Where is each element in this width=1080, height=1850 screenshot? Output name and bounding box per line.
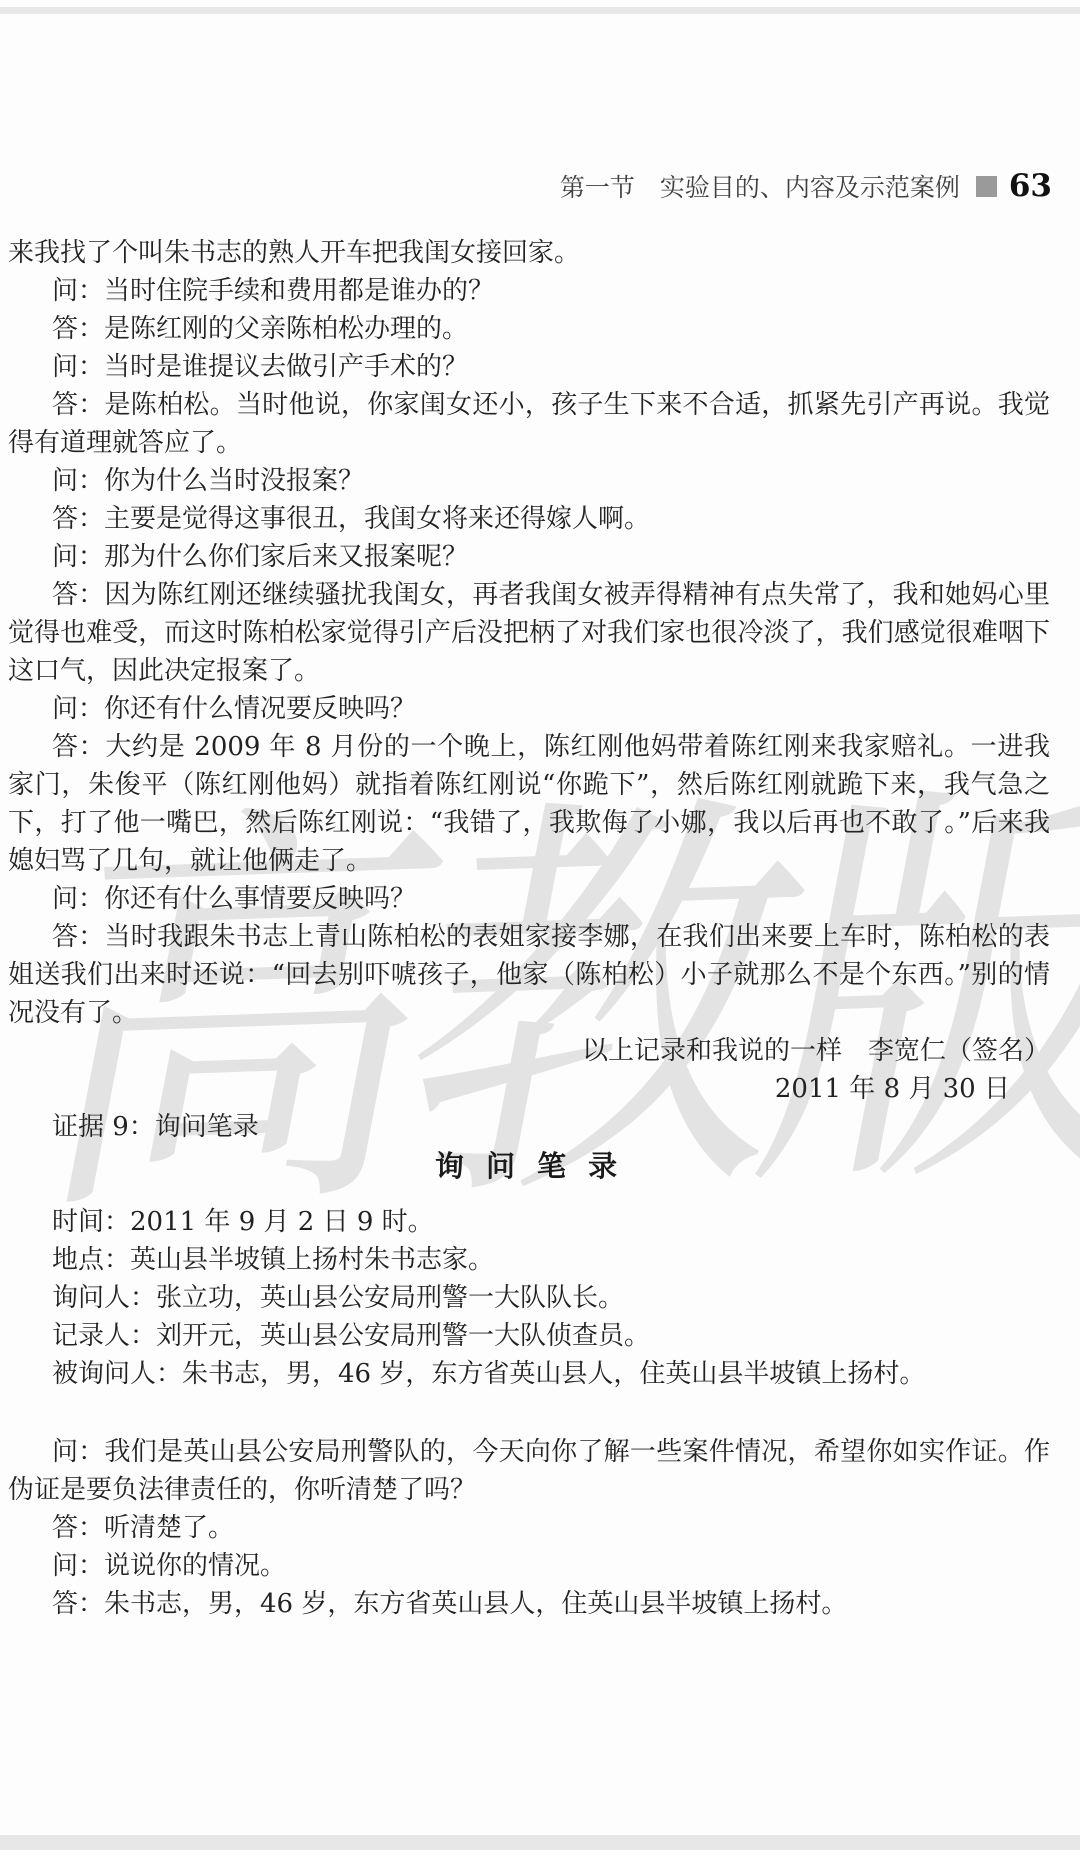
meta-line-time: 时间：2011 年 9 月 2 日 9 时。: [8, 1203, 1050, 1241]
record-meta: 时间：2011 年 9 月 2 日 9 时。 地点：英山县半坡镇上扬村朱书志家。…: [8, 1203, 1050, 1393]
qa-paragraph: 答：听清楚了。: [8, 1509, 1050, 1547]
record-body: 来我找了个叫朱书志的熟人开车把我闺女接回家。 问：当时住院手续和费用都是谁办的？…: [8, 234, 1050, 1623]
qa-paragraph: 问：你还有什么情况要反映吗？: [8, 690, 1050, 728]
meta-line-interviewee: 被询问人：朱书志，男，46 岁，东方省英山县人，住英山县半坡镇上扬村。: [8, 1355, 1050, 1393]
scan-edge-top: [0, 7, 1080, 14]
section-title: 第一节 实验目的、内容及示范案例: [560, 168, 960, 204]
qa-paragraph: 问：你为什么当时没报案？: [8, 462, 1050, 500]
evidence-label: 证据 9：询问笔录: [8, 1108, 1050, 1146]
signature-line: 以上记录和我说的一样 李宽仁（签名）: [8, 1032, 1050, 1070]
qa-paragraph: 答：朱书志，男，46 岁，东方省英山县人，住英山县半坡镇上扬村。: [8, 1585, 1050, 1623]
meta-line-recorder: 记录人：刘开元，英山县公安局刑警一大队侦查员。: [8, 1317, 1050, 1355]
meta-line-interrogator: 询问人：张立功，英山县公安局刑警一大队队长。: [8, 1279, 1050, 1317]
meta-line-place: 地点：英山县半坡镇上扬村朱书志家。: [8, 1241, 1050, 1279]
record-title: 询 问 笔 录: [8, 1146, 1050, 1186]
qa-paragraph: 问：当时是谁提议去做引产手术的？: [8, 348, 1050, 386]
qa-paragraph: 问：说说你的情况。: [8, 1547, 1050, 1585]
page-number-square: [976, 176, 997, 197]
qa-paragraph: 答：大约是 2009 年 8 月份的一个晚上，陈红刚他妈带着陈红刚来我家赔礼。一…: [8, 728, 1050, 880]
qa-paragraph: 答：是陈柏松。当时他说，你家闺女还小，孩子生下来不合适，抓紧先引产再说。我觉得有…: [8, 386, 1050, 462]
qa-paragraph: 问：你还有什么事情要反映吗？: [8, 880, 1050, 918]
qa-paragraph: 问：我们是英山县公安局刑警队的，今天向你了解一些案件情况，希望你如实作证。作伪证…: [8, 1433, 1050, 1509]
record-qa: 问：我们是英山县公安局刑警队的，今天向你了解一些案件情况，希望你如实作证。作伪证…: [8, 1433, 1050, 1623]
record-continuation-line: 来我找了个叫朱书志的熟人开车把我闺女接回家。: [8, 234, 1050, 272]
qa-paragraph: 答：当时我跟朱书志上青山陈柏松的表姐家接李娜，在我们出来要上车时，陈柏松的表姐送…: [8, 918, 1050, 1032]
qa-paragraph: 答：是陈红刚的父亲陈柏松办理的。: [8, 310, 1050, 348]
signature-date: 2011 年 8 月 30 日: [8, 1070, 1050, 1108]
page-header: 第一节 实验目的、内容及示范案例 63: [560, 168, 1052, 204]
qa-paragraph: 答：主要是觉得这事很丑，我闺女将来还得嫁人啊。: [8, 500, 1050, 538]
qa-paragraph: 问：当时住院手续和费用都是谁办的？: [8, 272, 1050, 310]
qa-paragraph: 答：因为陈红刚还继续骚扰我闺女，再者我闺女被弄得精神有点失常了，我和她妈心里觉得…: [8, 576, 1050, 690]
book-page: 高教版 第一节 实验目的、内容及示范案例 63 来我找了个叫朱书志的熟人开车把我…: [0, 0, 1080, 1850]
scan-edge-bottom: [0, 1835, 1080, 1850]
qa-paragraph: 问：那为什么你们家后来又报案呢？: [8, 538, 1050, 576]
page-number: 63: [1009, 168, 1052, 204]
